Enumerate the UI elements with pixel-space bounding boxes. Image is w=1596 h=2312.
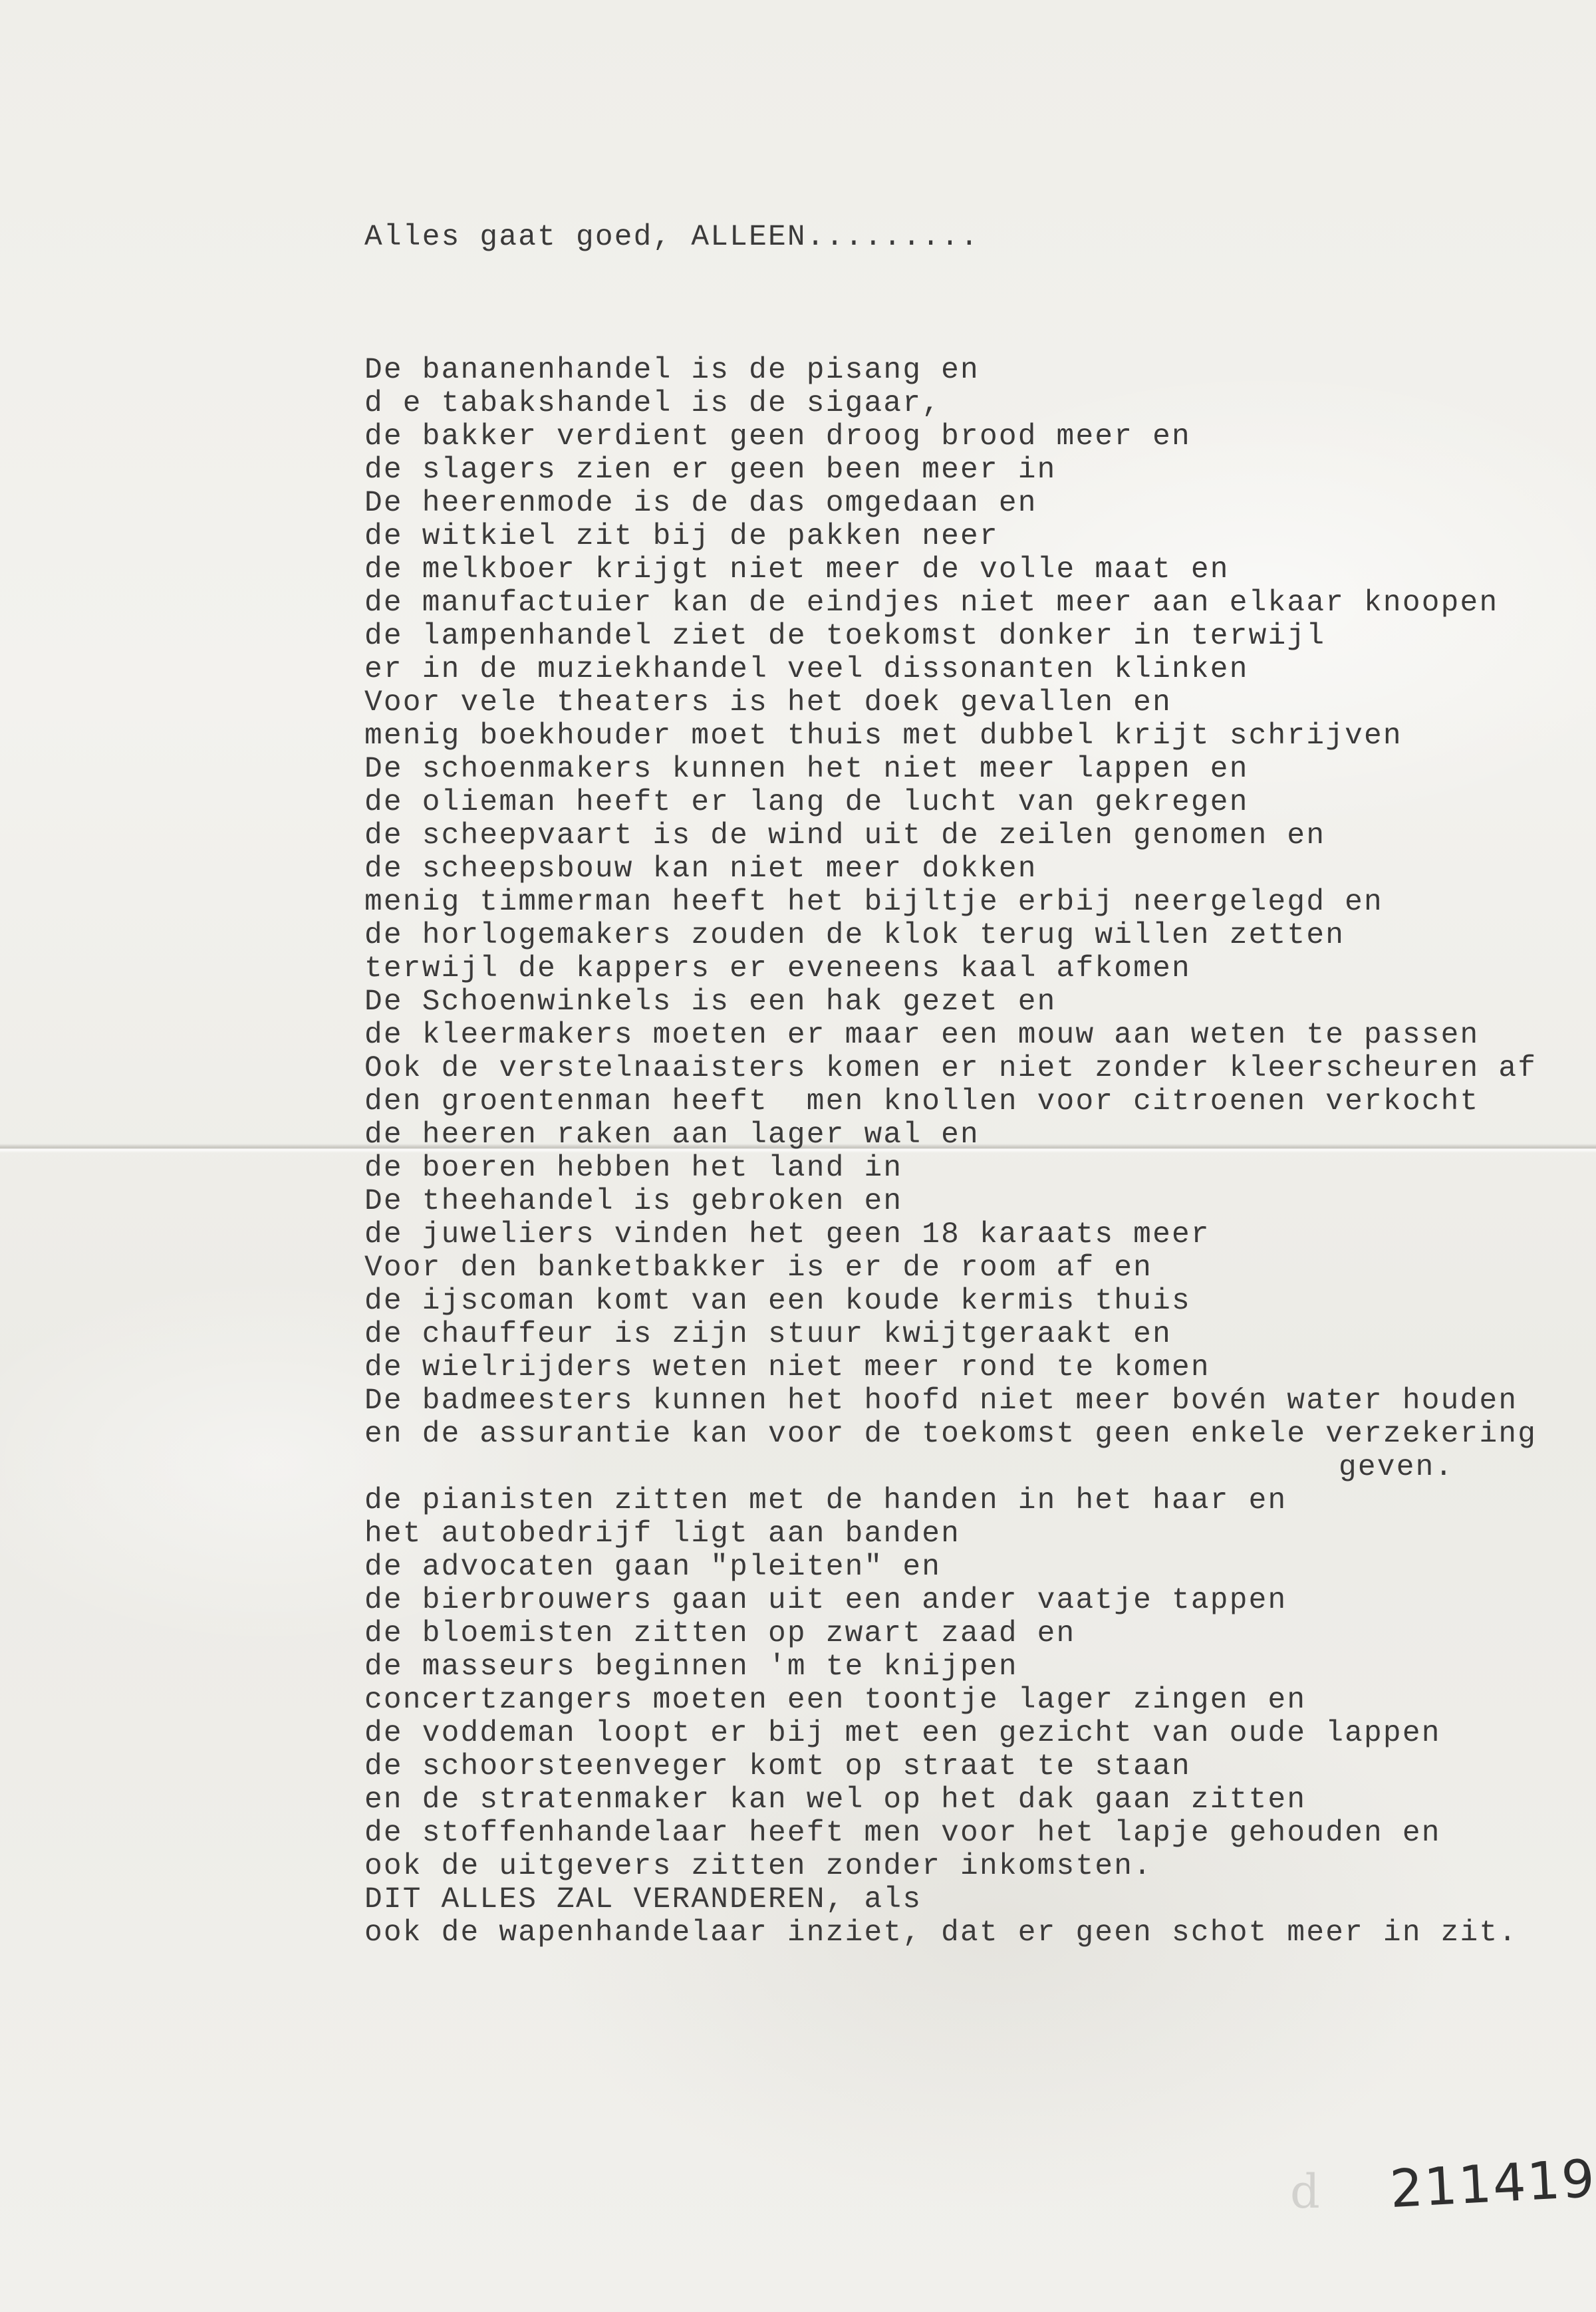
- poem-line: menig timmerman heeft het bijltje erbij …: [364, 886, 1537, 919]
- poem-line: de horlogemakers zouden de klok terug wi…: [364, 919, 1537, 952]
- handwritten-archive-number: 211419: [1389, 2149, 1596, 2220]
- poem-line: de ijscoman komt van een koude kermis th…: [364, 1285, 1537, 1318]
- poem-line: de stoffenhandelaar heeft men voor het l…: [364, 1817, 1537, 1850]
- poem-line: de kleermakers moeten er maar een mouw a…: [364, 1019, 1537, 1052]
- poem-line: de slagers zien er geen been meer in: [364, 453, 1537, 487]
- poem-line: de bloemisten zitten op zwart zaad en: [364, 1617, 1537, 1650]
- poem-line: de heeren raken aan lager wal en: [364, 1118, 1537, 1152]
- poem-line: d e tabakshandel is de sigaar,: [364, 387, 1537, 420]
- poem-line: het autobedrijf ligt aan banden: [364, 1517, 1537, 1551]
- poem-line: Voor vele theaters is het doek gevallen …: [364, 686, 1537, 719]
- paper-sheet: Alles gaat goed, ALLEEN......... De bana…: [0, 0, 1596, 2312]
- poem-line: DIT ALLES ZAL VERANDEREN, als: [364, 1883, 1537, 1916]
- poem-line: Voor den banketbakker is er de room af e…: [364, 1251, 1537, 1285]
- poem-line: de pianisten zitten met de handen in het…: [364, 1484, 1537, 1517]
- poem-line: concertzangers moeten een toontje lager …: [364, 1684, 1537, 1717]
- poem-lines: De bananenhandel is de pisang end e taba…: [364, 354, 1537, 1950]
- poem-line: de bierbrouwers gaan uit een ander vaatj…: [364, 1584, 1537, 1617]
- poem-line: menig boekhouder moet thuis met dubbel k…: [364, 719, 1537, 753]
- poem-line: de wielrijders weten niet meer rond te k…: [364, 1351, 1537, 1384]
- poem-line: terwijl de kappers er eveneens kaal afko…: [364, 952, 1537, 985]
- poem-line: de schoorsteenveger komt op straat te st…: [364, 1750, 1537, 1783]
- poem-line: geven.: [364, 1451, 1537, 1484]
- poem-line: de scheepsbouw kan niet meer dokken: [364, 852, 1537, 886]
- faint-pencil-mark: d: [1290, 2164, 1320, 2219]
- poem-line: er in de muziekhandel veel dissonanten k…: [364, 653, 1537, 686]
- poem-line: de advocaten gaan "pleiten" en: [364, 1551, 1537, 1584]
- poem-line: de bakker verdient geen droog brood meer…: [364, 420, 1537, 453]
- poem-line: de olieman heeft er lang de lucht van ge…: [364, 786, 1537, 819]
- poem-line: De bananenhandel is de pisang en: [364, 354, 1537, 387]
- poem-line: de masseurs beginnen 'm te knijpen: [364, 1650, 1537, 1684]
- poem-line: De Schoenwinkels is een hak gezet en: [364, 985, 1537, 1019]
- poem-line: Ook de verstelnaaisters komen er niet zo…: [364, 1052, 1537, 1085]
- poem-line: de chauffeur is zijn stuur kwijtgeraakt …: [364, 1318, 1537, 1351]
- poem-line: De heerenmode is de das omgedaan en: [364, 487, 1537, 520]
- poem-line: ook de uitgevers zitten zonder inkomsten…: [364, 1850, 1537, 1883]
- poem-line: de scheepvaart is de wind uit de zeilen …: [364, 819, 1537, 852]
- poem-line: de juweliers vinden het geen 18 karaats …: [364, 1218, 1537, 1251]
- poem-line: De theehandel is gebroken en: [364, 1185, 1537, 1218]
- poem-line: de manufactuier kan de eindjes niet meer…: [364, 586, 1537, 620]
- poem-line: de lampenhandel ziet de toekomst donker …: [364, 620, 1537, 653]
- document-title: Alles gaat goed, ALLEEN.........: [364, 221, 1537, 254]
- poem-line: en de stratenmaker kan wel op het dak ga…: [364, 1783, 1537, 1817]
- poem-line: de melkboer krijgt niet meer de volle ma…: [364, 553, 1537, 586]
- poem-line: en de assurantie kan voor de toekomst ge…: [364, 1418, 1537, 1451]
- typed-text-block: Alles gaat goed, ALLEEN......... De bana…: [364, 154, 1537, 2016]
- poem-line: de boeren hebben het land in: [364, 1152, 1537, 1185]
- poem-line: den groentenman heeft men knollen voor c…: [364, 1085, 1537, 1118]
- poem-line: de witkiel zit bij de pakken neer: [364, 520, 1537, 553]
- poem-line: ook de wapenhandelaar inziet, dat er gee…: [364, 1916, 1537, 1950]
- poem-line: de voddeman loopt er bij met een gezicht…: [364, 1717, 1537, 1750]
- poem-line: De schoenmakers kunnen het niet meer lap…: [364, 753, 1537, 786]
- poem-line: De badmeesters kunnen het hoofd niet mee…: [364, 1384, 1537, 1418]
